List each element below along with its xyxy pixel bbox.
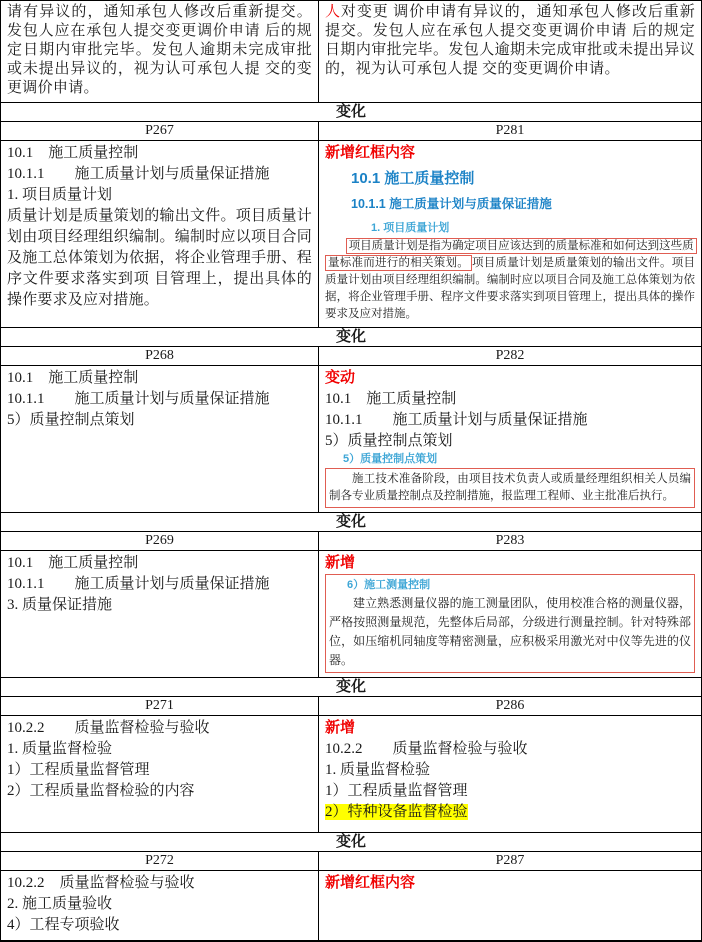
- new-text-rest: 对变更 调价申请有异议的，通知承包人修改后重新提交。发包人应在承包人提交变更调价…: [325, 4, 695, 77]
- outline-line: 1）工程质量监督管理: [7, 760, 312, 781]
- outline-line: 10.1.1 施工质量计划与质量保证措施: [325, 410, 695, 431]
- table-row: 请有异议的，通知承包人修改后重新提交。发包人应在承包人提交变更调价申请 后的规定…: [1, 1, 701, 103]
- page-header-row: P267 P281: [1, 122, 701, 141]
- outline-line: 10.1 施工质量控制: [7, 553, 312, 574]
- page-header-row: P269 P283: [1, 532, 701, 551]
- old-text: 请有异议的，通知承包人修改后重新提交。发包人应在承包人提交变更调价申请 后的规定…: [7, 3, 312, 98]
- new-page-number: P283: [319, 532, 701, 550]
- new-page-number: P281: [319, 122, 701, 140]
- textbook-screenshot: 10.1 施工质量控制 10.1.1 施工质量计划与质量保证措施 1. 项目质量…: [325, 169, 695, 323]
- change-separator: 变化: [1, 513, 701, 532]
- old-page-number: P268: [1, 347, 319, 365]
- outline-line: 10.1 施工质量控制: [325, 389, 695, 410]
- new-text: 人对变更 调价申请有异议的，通知承包人修改后重新提交。发包人应在承包人提交变更调…: [325, 3, 695, 79]
- table-row: 10.2.2 质量监督检验与验收 1. 质量监督检验 1）工程质量监督管理 2）…: [1, 716, 701, 833]
- outline-line: 1. 项目质量计划: [7, 185, 312, 206]
- outline-line: 1. 质量监督检验: [325, 760, 695, 781]
- outline-line: 10.1.1 施工质量计划与质量保证措施: [7, 389, 312, 410]
- old-page-number: P272: [1, 852, 319, 870]
- textbook-screenshot: 5）质量控制点策划 施工技术准备阶段，由项目技术负责人或质量经理组织相关人员编制…: [325, 452, 695, 508]
- outline-line: 10.2.2 质量监督检验与验收: [325, 739, 695, 760]
- new-version-cell: 新增红框内容: [319, 871, 701, 940]
- old-page-number: P269: [1, 532, 319, 550]
- new-page-number: P286: [319, 697, 701, 715]
- comparison-table: 请有异议的，通知承包人修改后重新提交。发包人应在承包人提交变更调价申请 后的规定…: [0, 0, 702, 942]
- change-tag: 新增红框内容: [325, 143, 695, 164]
- table-row: 10.1 施工质量控制 10.1.1 施工质量计划与质量保证措施 5）质量控制点…: [1, 366, 701, 513]
- table-row: 10.2.2 质量监督检验与验收 2. 施工质量验收 4）工程专项验收 新增红框…: [1, 871, 701, 941]
- old-page-number: P271: [1, 697, 319, 715]
- old-version-cell: 10.2.2 质量监督检验与验收 2. 施工质量验收 4）工程专项验收: [1, 871, 319, 940]
- outline-line: 1）工程质量监督管理: [325, 781, 695, 802]
- new-version-cell: 新增红框内容 10.1 施工质量控制 10.1.1 施工质量计划与质量保证措施 …: [319, 141, 701, 327]
- changed-char: 人: [325, 4, 341, 20]
- outline-line: 5）质量控制点策划: [325, 431, 695, 452]
- table-row: 10.1 施工质量控制 10.1.1 施工质量计划与质量保证措施 1. 项目质量…: [1, 141, 701, 328]
- highlighted-line: 2）特种设备监督检验: [325, 802, 695, 823]
- red-boxed-paragraph: 施工技术准备阶段，由项目技术负责人或质量经理组织相关人员编制各专业质量控制点及控…: [325, 468, 695, 508]
- change-separator: 变化: [1, 103, 701, 122]
- outline-line: 4）工程专项验收: [7, 915, 312, 936]
- textbook-subheading: 1. 项目质量计划: [325, 221, 695, 235]
- outline-line: 3. 质量保证措施: [7, 595, 312, 616]
- outline-line: 10.2.2 质量监督检验与验收: [7, 873, 312, 894]
- new-version-cell: 变动 10.1 施工质量控制 10.1.1 施工质量计划与质量保证措施 5）质量…: [319, 366, 701, 512]
- change-separator: 变化: [1, 328, 701, 347]
- outline-line: 10.1 施工质量控制: [7, 143, 312, 164]
- new-page-number: P287: [319, 852, 701, 870]
- textbook-paragraph: 建立熟悉测量仪器的施工测量团队，使用校准合格的测量仪器，严格按照测量规范，先整体…: [329, 594, 691, 670]
- new-version-cell: 新增 6）施工测量控制 建立熟悉测量仪器的施工测量团队，使用校准合格的测量仪器，…: [319, 551, 701, 677]
- textbook-heading-2: 10.1.1 施工质量计划与质量保证措施: [325, 195, 695, 213]
- outline-line: 1. 质量监督检验: [7, 739, 312, 760]
- yellow-highlight: 2）特种设备监督检验: [325, 804, 468, 820]
- old-version-cell: 10.1 施工质量控制 10.1.1 施工质量计划与质量保证措施 1. 项目质量…: [1, 141, 319, 327]
- old-version-cell: 请有异议的，通知承包人修改后重新提交。发包人应在承包人提交变更调价申请 后的规定…: [1, 1, 319, 102]
- outline-line: 10.1 施工质量控制: [7, 368, 312, 389]
- outline-line: 10.1.1 施工质量计划与质量保证措施: [7, 164, 312, 185]
- page-header-row: P271 P286: [1, 697, 701, 716]
- new-version-cell: 人对变更 调价申请有异议的，通知承包人修改后重新提交。发包人应在承包人提交变更调…: [319, 1, 701, 102]
- outline-line: 5）质量控制点策划: [7, 410, 312, 431]
- change-separator: 变化: [1, 678, 701, 697]
- old-version-cell: 10.1 施工质量控制 10.1.1 施工质量计划与质量保证措施 3. 质量保证…: [1, 551, 319, 677]
- old-paragraph: 质量计划是质量策划的输出文件。项目质量计划由项目经理组织编制。编制时应以项目合同…: [7, 206, 312, 311]
- change-tag: 新增: [325, 718, 695, 739]
- new-page-number: P282: [319, 347, 701, 365]
- new-version-cell: 新增 10.2.2 质量监督检验与验收 1. 质量监督检验 1）工程质量监督管理…: [319, 716, 701, 832]
- outline-line: 2）工程质量监督检验的内容: [7, 781, 312, 802]
- change-tag: 新增红框内容: [325, 873, 695, 894]
- old-version-cell: 10.1 施工质量控制 10.1.1 施工质量计划与质量保证措施 5）质量控制点…: [1, 366, 319, 512]
- page-header-row: P268 P282: [1, 347, 701, 366]
- table-row: 10.1 施工质量控制 10.1.1 施工质量计划与质量保证措施 3. 质量保证…: [1, 551, 701, 678]
- textbook-heading-1: 10.1 施工质量控制: [325, 169, 695, 189]
- textbook-subheading: 6）施工测量控制: [329, 578, 691, 592]
- textbook-paragraph: 项目质量计划是指为确定项目应该达到的质量标准和如何达到这些质量标准而进行的相关策…: [325, 238, 695, 323]
- page-header-row: P272 P287: [1, 852, 701, 871]
- old-version-cell: 10.2.2 质量监督检验与验收 1. 质量监督检验 1）工程质量监督管理 2）…: [1, 716, 319, 832]
- change-tag: 变动: [325, 368, 695, 389]
- change-separator: 变化: [1, 833, 701, 852]
- textbook-subheading: 5）质量控制点策划: [325, 452, 695, 466]
- change-tag: 新增: [325, 553, 695, 574]
- outline-line: 2. 施工质量验收: [7, 894, 312, 915]
- outline-line: 10.1.1 施工质量计划与质量保证措施: [7, 574, 312, 595]
- red-boxed-screenshot: 6）施工测量控制 建立熟悉测量仪器的施工测量团队，使用校准合格的测量仪器，严格按…: [325, 574, 695, 673]
- old-page-number: P267: [1, 122, 319, 140]
- outline-line: 10.2.2 质量监督检验与验收: [7, 718, 312, 739]
